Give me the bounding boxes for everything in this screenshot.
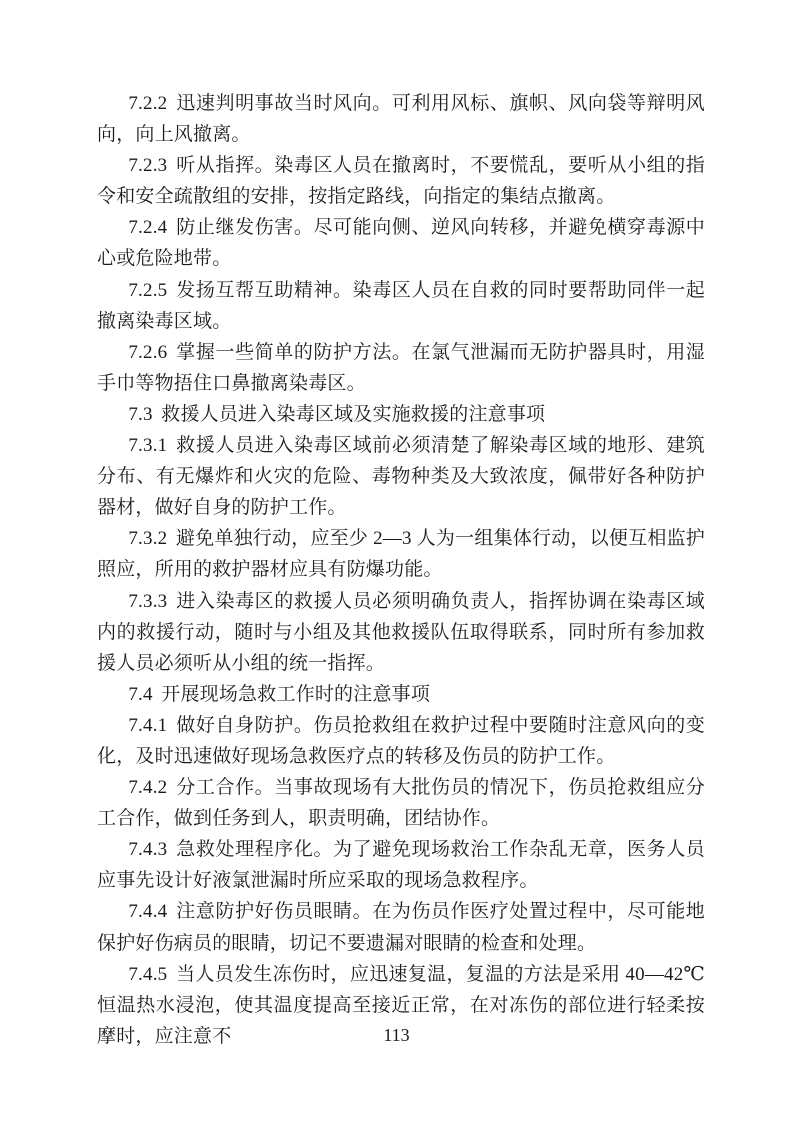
section-text: 注意防护好伤员眼睛。在为伤员作医疗处置过程中，尽可能地保护好伤病员的眼睛，切记不… — [97, 901, 705, 953]
section-text: 发扬互帮互助精神。染毒区人员在自救的同时要帮助同伴一起撤离染毒区域。 — [97, 280, 705, 332]
section-7-2-2: 7.2.2迅速判明事故当时风向。可利用风标、旗帜、风向袋等辩明风向，向上风撤离。 — [97, 88, 705, 150]
section-number: 7.4.2 — [128, 777, 167, 798]
section-number: 7.3.2 — [128, 528, 167, 549]
section-number: 7.2.6 — [128, 342, 167, 363]
section-text: 迅速判明事故当时风向。可利用风标、旗帜、风向袋等辩明风向，向上风撤离。 — [97, 93, 705, 145]
section-7-3-1: 7.3.1救援人员进入染毒区域前必须清楚了解染毒区域的地形、建筑分布、有无爆炸和… — [97, 430, 705, 523]
section-heading-7-4: 7.4开展现场急救工作时的注意事项 — [97, 679, 705, 710]
section-number: 7.4.3 — [128, 839, 167, 860]
section-7-2-4: 7.2.4防止继发伤害。尽可能向侧、逆风向转移，并避免横穿毒源中心或危险地带。 — [97, 212, 705, 274]
section-text: 分工合作。当事故现场有大批伤员的情况下，伤员抢救组应分工合作，做到任务到人，职责… — [97, 777, 705, 829]
document-page: 7.2.2迅速判明事故当时风向。可利用风标、旗帜、风向袋等辩明风向，向上风撤离。… — [0, 0, 793, 1122]
section-text: 救援人员进入染毒区域及实施救援的注意事项 — [161, 404, 545, 425]
section-number: 7.4.5 — [128, 964, 167, 985]
page-number: 113 — [0, 1024, 793, 1046]
section-text: 进入染毒区的救援人员必须明确负责人，指挥协调在染毒区域内的救援行动，随时与小组及… — [97, 591, 705, 674]
section-text: 防止继发伤害。尽可能向侧、逆风向转移，并避免横穿毒源中心或危险地带。 — [97, 217, 705, 269]
section-7-4-3: 7.4.3急救处理程序化。为了避免现场救治工作杂乱无章，医务人员应事先设计好液氯… — [97, 834, 705, 896]
section-number: 7.4 — [128, 684, 152, 705]
section-7-2-6: 7.2.6掌握一些简单的防护方法。在氯气泄漏而无防护器具时，用湿手巾等物捂住口鼻… — [97, 337, 705, 399]
section-heading-7-3: 7.3救援人员进入染毒区域及实施救援的注意事项 — [97, 399, 705, 430]
section-number: 7.2.4 — [128, 217, 167, 238]
section-7-2-5: 7.2.5发扬互帮互助精神。染毒区人员在自救的同时要帮助同伴一起撤离染毒区域。 — [97, 275, 705, 337]
section-number: 7.4.1 — [128, 715, 167, 736]
section-number: 7.2.5 — [128, 280, 167, 301]
section-7-4-4: 7.4.4注意防护好伤员眼睛。在为伤员作医疗处置过程中，尽可能地保护好伤病员的眼… — [97, 896, 705, 958]
section-7-4-2: 7.4.2分工合作。当事故现场有大批伤员的情况下，伤员抢救组应分工合作，做到任务… — [97, 772, 705, 834]
section-text: 听从指挥。染毒区人员在撤离时，不要慌乱，要听从小组的指令和安全疏散组的安排，按指… — [97, 155, 705, 207]
section-number: 7.2.3 — [128, 155, 167, 176]
section-number: 7.4.4 — [128, 901, 167, 922]
section-number: 7.2.2 — [128, 93, 167, 114]
section-number: 7.3.1 — [128, 435, 167, 456]
section-7-4-1: 7.4.1做好自身防护。伤员抢救组在救护过程中要随时注意风向的变化，及时迅速做好… — [97, 710, 705, 772]
section-text: 避免单独行动，应至少 2—3 人为一组集体行动，以便互相监护照应，所用的救护器材… — [97, 528, 705, 580]
section-text: 掌握一些简单的防护方法。在氯气泄漏而无防护器具时，用湿手巾等物捂住口鼻撤离染毒区… — [97, 342, 705, 394]
section-text: 急救处理程序化。为了避免现场救治工作杂乱无章，医务人员应事先设计好液氯泄漏时所应… — [97, 839, 705, 891]
section-text: 救援人员进入染毒区域前必须清楚了解染毒区域的地形、建筑分布、有无爆炸和火灾的危险… — [97, 435, 705, 518]
document-content: 7.2.2迅速判明事故当时风向。可利用风标、旗帜、风向袋等辩明风向，向上风撤离。… — [97, 88, 705, 1052]
section-7-3-2: 7.3.2避免单独行动，应至少 2—3 人为一组集体行动，以便互相监护照应，所用… — [97, 523, 705, 585]
section-7-3-3: 7.3.3进入染毒区的救援人员必须明确负责人，指挥协调在染毒区域内的救援行动，随… — [97, 586, 705, 679]
section-number: 7.3 — [128, 404, 152, 425]
section-text: 开展现场急救工作时的注意事项 — [161, 684, 430, 705]
section-7-2-3: 7.2.3听从指挥。染毒区人员在撤离时，不要慌乱，要听从小组的指令和安全疏散组的… — [97, 150, 705, 212]
section-text: 做好自身防护。伤员抢救组在救护过程中要随时注意风向的变化，及时迅速做好现场急救医… — [97, 715, 705, 767]
section-number: 7.3.3 — [128, 591, 167, 612]
